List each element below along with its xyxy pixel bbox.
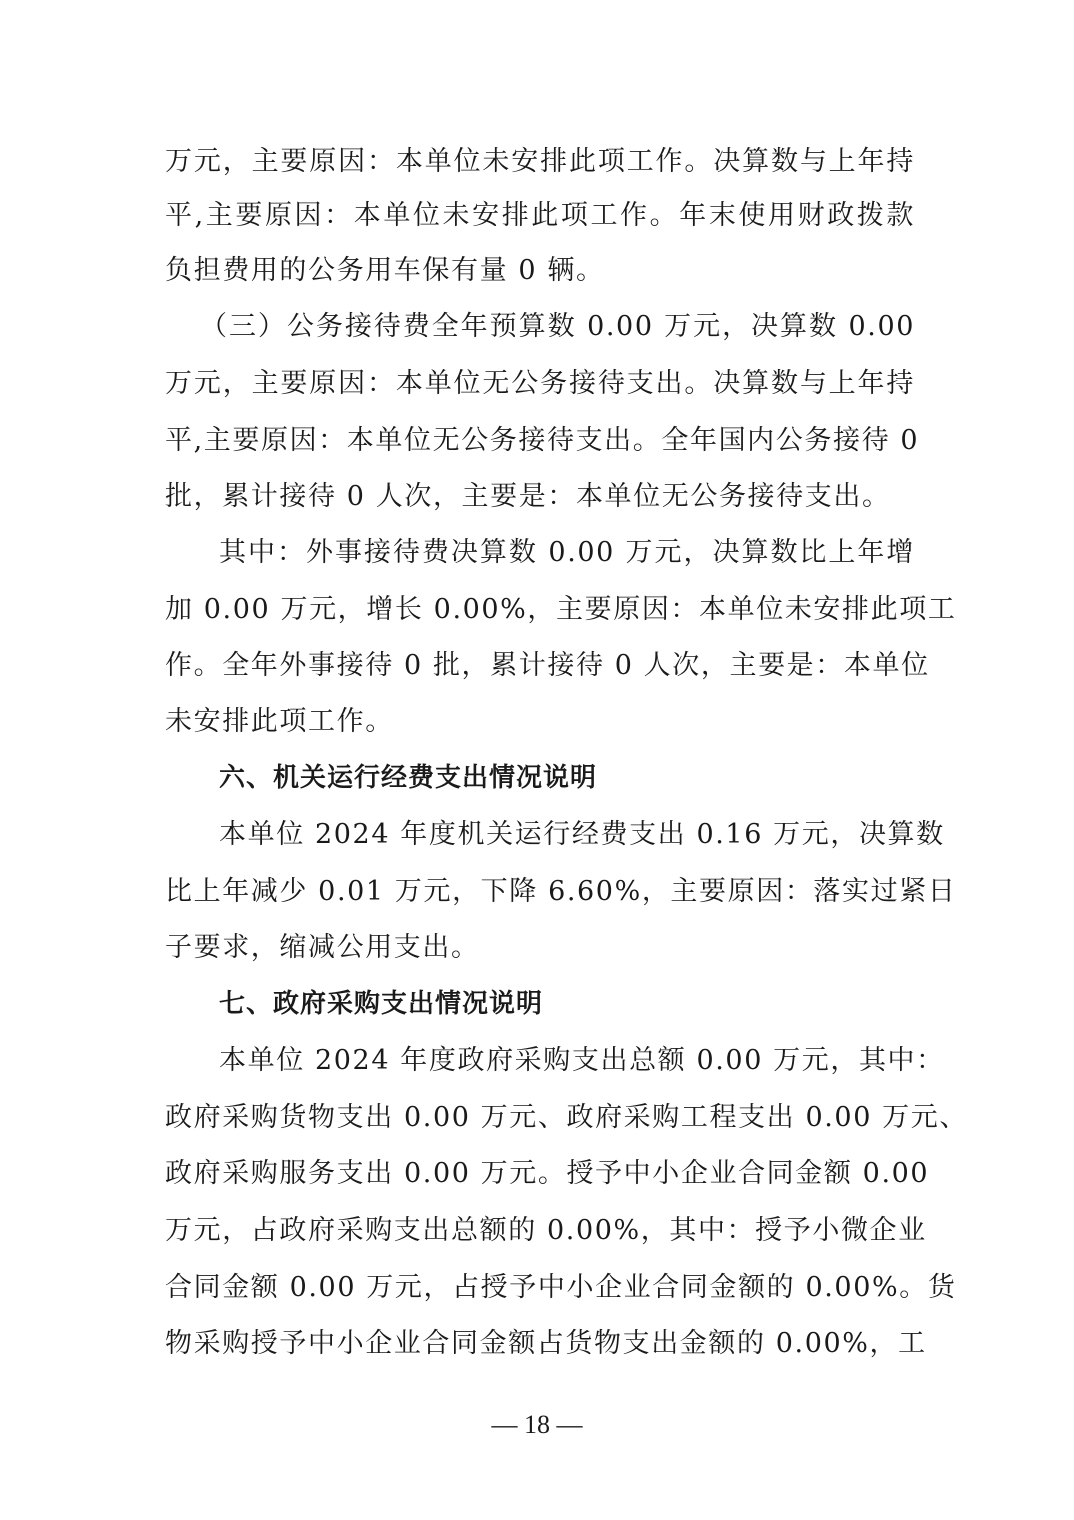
paragraph-line: 未安排此项工作。 [165,702,915,742]
paragraph-line: 负担费用的公务用车保有量 0 辆。 [165,251,915,291]
paragraph-line: 批，累计接待 0 人次，主要是：本单位无公务接待支出。 [165,477,915,517]
paragraph-line: （三）公务接待费全年预算数 0.00 万元，决算数 0.00 [200,307,915,347]
paragraph-line: 合同金额 0.00 万元，占授予中小企业合同金额的 0.00%。货 [165,1268,915,1308]
paragraph-line: 本单位 2024 年度政府采购支出总额 0.00 万元，其中： [219,1041,915,1081]
section-heading: 六、机关运行经费支出情况说明 [219,758,919,798]
paragraph-line: 政府采购货物支出 0.00 万元、政府采购工程支出 0.00 万元、 [165,1098,915,1138]
paragraph-line: 作。全年外事接待 0 批，累计接待 0 人次，主要是：本单位 [165,646,915,686]
document-page: 万元，主要原因：本单位未安排此项工作。决算数与上年持 平,主要原因：本单位未安排… [0,0,1074,1520]
paragraph-line: 加 0.00 万元，增长 0.00%，主要原因：本单位未安排此项工 [165,590,915,630]
paragraph-line: 万元，主要原因：本单位无公务接待支出。决算数与上年持 [165,364,915,404]
paragraph-line: 物采购授予中小企业合同金额占货物支出金额的 0.00%，工 [165,1324,915,1364]
paragraph-line: 万元，主要原因：本单位未安排此项工作。决算数与上年持 [165,142,915,182]
paragraph-line: 万元，占政府采购支出总额的 0.00%，其中：授予小微企业 [165,1211,915,1251]
paragraph-line: 平,主要原因：本单位无公务接待支出。全年国内公务接待 0 [165,421,915,461]
section-heading: 七、政府采购支出情况说明 [219,984,919,1024]
paragraph-line: 本单位 2024 年度机关运行经费支出 0.16 万元，决算数 [219,815,915,855]
paragraph-line: 比上年减少 0.01 万元，下降 6.60%，主要原因：落实过紧日 [165,872,915,912]
paragraph-line: 政府采购服务支出 0.00 万元。授予中小企业合同金额 0.00 [165,1154,915,1194]
paragraph-line: 其中：外事接待费决算数 0.00 万元，决算数比上年增 [219,533,915,573]
page-number: — 18 — [0,1408,1074,1442]
paragraph-line: 平,主要原因：本单位未安排此项工作。年末使用财政拨款 [165,196,915,236]
paragraph-line: 子要求，缩减公用支出。 [165,928,915,968]
